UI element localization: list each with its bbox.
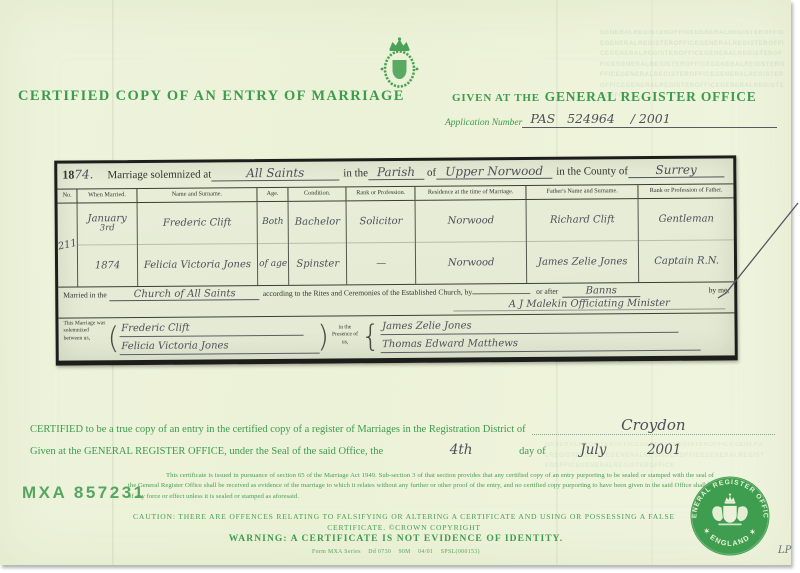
- groom-father-name: Richard Clift: [527, 199, 639, 241]
- presence-label: in the Presence of us,: [329, 318, 361, 356]
- certificate-paper: GENERALREGISTEROFFICEGENERALREGISTEROFFI…: [0, 0, 791, 565]
- day-of-label: day of: [519, 446, 546, 457]
- seal-month-value: July: [580, 442, 606, 458]
- bride-profession: —: [347, 242, 415, 285]
- groom-condition: Bachelor: [289, 201, 346, 242]
- open-brace: {: [361, 318, 380, 356]
- warning-text: WARNING: A CERTIFICATE IS NOT EVIDENCE O…: [16, 534, 776, 544]
- seal-year-value: 2001: [647, 442, 681, 458]
- county-label: in the County of: [556, 165, 628, 178]
- year-handwritten: 74.: [74, 167, 93, 181]
- officiant-signature: A J Malekin Officiating Minister: [453, 297, 725, 311]
- witness-2-signature: Thomas Edward Matthews: [380, 337, 700, 353]
- col-condition: Condition.: [289, 187, 347, 200]
- rites-label: according to the Rites and Ceremonies of…: [263, 287, 472, 298]
- application-number: Application Number PAS 524964 / 2001: [445, 111, 777, 128]
- solemnized-label: Marriage solemnized at: [107, 168, 211, 181]
- pencil-initials: LP: [778, 545, 791, 556]
- register-entry-scan: 18 74. Marriage solemnized at All Saints…: [54, 155, 738, 365]
- col-residence: Residence at the time of Marriage.: [416, 186, 527, 200]
- when-day: 3rd: [100, 225, 115, 235]
- given-line: Given at the GENERAL REGISTER OFFICE, un…: [30, 446, 383, 457]
- witness-1-signature: James Zelie Jones: [380, 319, 678, 335]
- certified-copy-statement: CERTIFIED to be a true copy of an entry …: [30, 416, 775, 435]
- bride-father-name: James Zelie Jones: [527, 240, 639, 283]
- district-name: Upper Norwood: [436, 164, 552, 180]
- married-in-church: Church of All Saints: [110, 288, 260, 301]
- witness-signatures: James Zelie Jones Thomas Edward Matthews: [380, 315, 730, 356]
- application-number-label: Application Number: [445, 118, 522, 128]
- open-paren: (: [107, 320, 119, 358]
- caution-text: CAUTION: THERE ARE OFFENCES RELATING TO …: [118, 511, 690, 534]
- solemnized-between-label: This Marriage was solemnized between us,: [63, 320, 107, 358]
- royal-coat-of-arms-icon: [377, 36, 422, 94]
- groom-signature: Frederic Clift: [119, 322, 303, 337]
- col-age: Age.: [257, 188, 288, 201]
- seal-day-value: 4th: [450, 442, 473, 458]
- application-number-value: PAS 524964 / 2001: [522, 111, 777, 128]
- entry-when-year: 1874: [78, 244, 137, 286]
- groom-residence: Norwood: [416, 200, 526, 242]
- bride-residence: Norwood: [416, 241, 526, 284]
- of-label: of: [427, 167, 436, 179]
- col-father-name: Father's Name and Surname.: [526, 185, 638, 199]
- groom-profession: Solicitor: [347, 201, 415, 243]
- banns-value: Banns: [562, 285, 640, 298]
- by-blank-line: [472, 293, 530, 294]
- general-register-office-seal: GENERAL REGISTER OFFICE ✶ ENGLAND ✶: [688, 474, 772, 563]
- place-of-marriage: All Saints: [211, 165, 339, 181]
- certificate-title: CERTIFIED COPY OF AN ENTRY OF MARRIAGE: [18, 88, 405, 105]
- given-at-heading: GIVEN AT THE GENERAL REGISTER OFFICE: [452, 88, 757, 106]
- bride-father-profession: Captain R.N.: [639, 239, 734, 282]
- bride-condition: Spinster: [289, 242, 346, 284]
- given-at-office: GENERAL REGISTER OFFICE: [545, 89, 757, 104]
- married-in-label: Married in the: [63, 290, 107, 299]
- signatures-row: This Marriage was solemnized between us,…: [58, 312, 734, 361]
- year-printed: 18: [62, 168, 74, 183]
- col-father-rank: Rank or Profession of Father.: [639, 184, 734, 198]
- by-me-label: by me,: [709, 285, 730, 294]
- district-type: Parish: [368, 165, 424, 180]
- county-name: Surrey: [628, 162, 724, 178]
- groom-father-profession: Gentleman: [639, 198, 734, 240]
- registration-district-value: Croydon: [621, 416, 685, 434]
- certified-line: CERTIFIED to be a true copy of an entry …: [30, 424, 526, 435]
- entry-number: 211: [58, 203, 79, 286]
- col-when-married: When Married.: [78, 189, 138, 202]
- bride-age: of age: [258, 243, 288, 285]
- or-after-label: or after: [536, 287, 558, 296]
- in-the-label: in the: [343, 167, 368, 179]
- given-at-statement: Given at the GENERAL REGISTER OFFICE, un…: [30, 442, 681, 458]
- col-rank-profession: Rank or Profession.: [347, 187, 416, 201]
- bride-signature: Felicia Victoria Jones: [119, 340, 319, 355]
- registration-district-line: Croydon: [532, 416, 775, 435]
- certificate-scan: GENERALREGISTEROFFICEGENERALREGISTEROFFI…: [0, 0, 800, 573]
- form-reference-line: Form MXA Series Dd 0730 90M 04/01 SPSL(0…: [16, 549, 776, 555]
- party-signatures: Frederic Clift Felicia Victoria Jones: [119, 319, 317, 359]
- statute-small-print: This certificate is issued in pursuance …: [128, 471, 714, 502]
- register-entry-row: 211 January 3rd 1874 Frederic Clift Feli…: [58, 198, 735, 286]
- groom-age: Both: [258, 202, 288, 243]
- close-paren: ): [317, 319, 329, 357]
- groom-name: Frederic Clift: [137, 202, 257, 244]
- bride-name: Felicia Victoria Jones: [138, 243, 258, 286]
- col-no: No.: [57, 189, 77, 202]
- col-name-surname: Name and Surname.: [137, 188, 257, 202]
- entry-when-married: January 3rd: [78, 203, 137, 244]
- given-at-prefix: GIVEN AT THE: [452, 92, 540, 104]
